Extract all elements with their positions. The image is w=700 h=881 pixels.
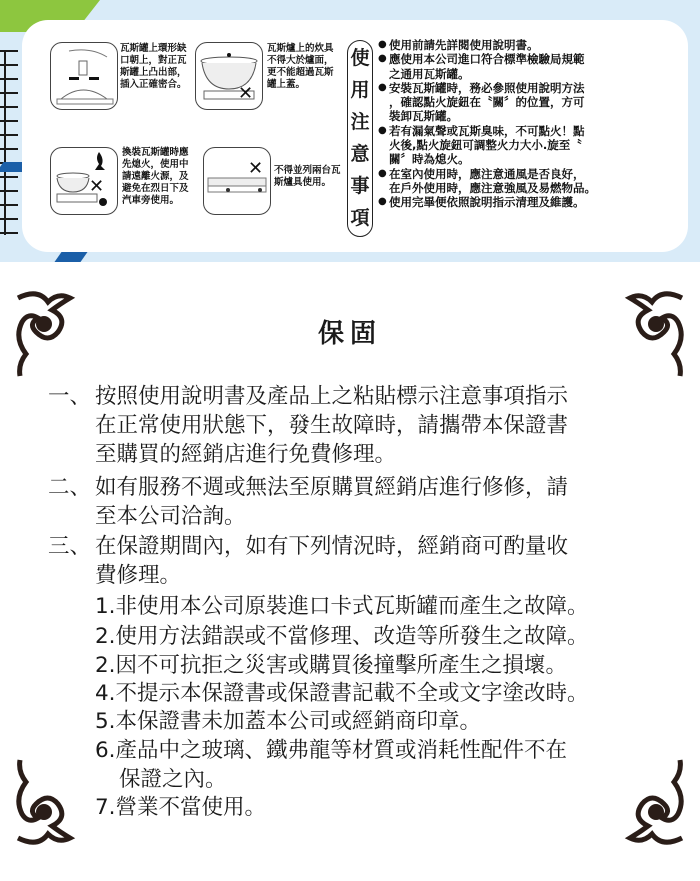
illustration-no-side-by-side: ✕ xyxy=(203,147,271,215)
ornament-corner-bottom-left-icon xyxy=(8,758,98,848)
caption-line: 罐上蓋。 xyxy=(267,79,334,91)
warranty-clause: 一、按照使用說明書及產品上之粘貼標示注意事項指示 在正常使用狀態下，發生故障時，… xyxy=(48,382,568,469)
warranty-clause: 三、在保證期間內，如有下列情況時，經銷商可酌量收 費修理。 xyxy=(48,532,568,590)
notice-item: 使用完畢便依照說明指示清理及維護。 xyxy=(378,195,678,209)
caption-line: 瓦斯爐上的炊具 xyxy=(267,43,334,55)
exclusion-item: 4.不提示本保證書或保證書記載不全或文字塗改時。 xyxy=(95,679,589,708)
notice-line: 安裝瓦斯罐時，務必參照使用說明方法 xyxy=(389,81,678,95)
caption-line: 更不能超過瓦斯 xyxy=(267,67,334,79)
clause-line: 至本公司洽詢。 xyxy=(48,502,568,531)
exclusion-item: 1.非使用本公司原裝進口卡式瓦斯罐而產生之故障。 xyxy=(95,592,589,621)
heading-char: 事 xyxy=(350,177,369,196)
x-mark-icon: ✕ xyxy=(248,160,263,178)
notice-line: 應使用本公司進口符合標準檢驗局規範 xyxy=(389,52,678,66)
exclusion-number: 2. xyxy=(95,624,116,649)
notice-line: 若有漏氣聲或瓦斯臭味，不可點火！點 xyxy=(389,124,678,138)
notice-line: 裝卸瓦斯罐。 xyxy=(389,109,678,123)
exclusion-number: 5. xyxy=(95,709,116,734)
notice-line: 在戶外使用時，應注意強風及易燃物品。 xyxy=(389,181,678,195)
heading-char: 項 xyxy=(350,209,369,228)
x-mark-icon: ✕ xyxy=(238,85,253,103)
notice-item: 在室內使用時，應注意通風是否良好， 在戶外使用時，應注意強風及易燃物品。 xyxy=(378,167,678,196)
exclusion-number: 1. xyxy=(95,594,116,619)
clause-line: 如有服務不週或無法至原購買經銷店進行修修，請 xyxy=(95,475,568,500)
clause-number: 三、 xyxy=(48,532,95,561)
notice-line: 在室內使用時，應注意通風是否良好， xyxy=(389,167,678,181)
clause-line: 在保證期間內，如有下列情況時，經銷商可酌量收 xyxy=(95,534,568,559)
caption-line: 不得並列兩台瓦 xyxy=(274,165,341,177)
illustration-caption: 不得並列兩台瓦 斯爐具使用。 xyxy=(274,165,341,189)
exclusion-number: 2. xyxy=(95,653,116,678)
usage-notice-heading: 使 用 注 意 事 項 xyxy=(347,40,373,237)
caption-line: 斯罐上凸出部， xyxy=(120,67,187,79)
caption-line: 瓦斯罐上環形缺 xyxy=(120,43,187,55)
grid-decoration xyxy=(0,50,18,235)
exclusion-text: 使用方法錯誤或不當修理、改造等所發生之故障。 xyxy=(116,624,589,649)
exclusion-text: 因不可抗拒之災害或購買後撞擊所產生之損壞。 xyxy=(116,653,568,678)
exclusion-item: 7.營業不當使用。 xyxy=(95,793,266,822)
caption-line: 插入正確密合。 xyxy=(120,79,187,91)
instruction-band: 瓦斯罐上環形缺 口朝上，對正瓦 斯罐上凸出部， 插入正確密合。 ✕ 瓦斯爐上的炊… xyxy=(0,0,700,262)
exclusion-item: 2.使用方法錯誤或不當修理、改造等所發生之故障。 xyxy=(95,622,589,651)
exclusion-item: 5.本保證書未加蓋本公司或經銷商印章。 xyxy=(95,707,481,736)
notice-item: 安裝瓦斯罐時，務必參照使用說明方法 ，確認點火旋鈕在〝關〞的位置，方可 裝卸瓦斯… xyxy=(378,81,678,124)
x-mark-icon: ✕ xyxy=(89,178,104,196)
caption-line: 口朝上，對正瓦 xyxy=(120,55,187,67)
notice-item: 使用前請先詳閱使用說明書。 xyxy=(378,38,678,52)
ornament-corner-bottom-right-icon xyxy=(602,758,692,848)
clause-line: 按照使用說明書及產品上之粘貼標示注意事項指示 xyxy=(95,384,568,409)
clause-number: 一、 xyxy=(48,382,95,411)
warranty-title: 保固 xyxy=(0,313,700,350)
clause-number: 二、 xyxy=(48,473,95,502)
exclusion-text: 產品中之玻璃、鐵弗龍等材質或消耗性配件不在 xyxy=(116,738,568,763)
notice-line: 使用完畢便依照說明指示清理及維護。 xyxy=(389,195,678,209)
heading-char: 意 xyxy=(350,145,369,164)
exclusion-text: 不提示本保證書或保證書記載不全或文字塗改時。 xyxy=(116,681,589,706)
notice-line: 關〞時為熄火。 xyxy=(389,152,678,166)
illustration-canister-insert xyxy=(50,42,118,110)
caption-line: 換裝瓦斯罐時應 xyxy=(122,147,189,159)
exclusion-text: 非使用本公司原裝進口卡式瓦斯罐而產生之故障。 xyxy=(116,594,589,619)
heading-char: 用 xyxy=(350,81,369,100)
exclusion-text: 本保證書未加蓋本公司或經銷商印章。 xyxy=(116,709,482,734)
clause-line: 費修理。 xyxy=(48,561,568,590)
exclusion-number: 7. xyxy=(95,795,116,820)
exclusion-number: 6. xyxy=(95,738,116,763)
caption-line: 汽車旁使用。 xyxy=(122,195,189,207)
caption-line: 避免在烈日下及 xyxy=(122,183,189,195)
heading-char: 使 xyxy=(350,49,369,68)
caption-line: 斯爐具使用。 xyxy=(274,177,341,189)
notice-line: 之通用瓦斯罐。 xyxy=(389,67,678,81)
exclusion-text: 保證之內。 xyxy=(95,765,567,794)
exclusion-number: 4. xyxy=(95,681,116,706)
clause-line: 至購買的經銷店進行免費修理。 xyxy=(48,440,568,469)
usage-notice-list: 使用前請先詳閱使用說明書。 應使用本公司進口符合標準檢驗局規範 之通用瓦斯罐。 … xyxy=(378,38,678,210)
illustration-fire-safety: ✕ xyxy=(50,147,118,215)
blue-stroke-accent xyxy=(54,252,87,262)
caption-line: 先熄火，使用中 xyxy=(122,159,189,171)
exclusion-item: 2.因不可抗拒之災害或購買後撞擊所產生之損壞。 xyxy=(95,651,567,680)
illustration-caption: 換裝瓦斯罐時應 先熄火，使用中 請遠離火源，及 避免在烈日下及 汽車旁使用。 xyxy=(122,147,189,207)
notice-line: ，確認點火旋鈕在〝關〞的位置，方可 xyxy=(389,95,678,109)
illustration-caption: 瓦斯罐上環形缺 口朝上，對正瓦 斯罐上凸出部， 插入正確密合。 xyxy=(120,43,187,91)
clause-line: 在正常使用狀態下，發生故障時，請攜帶本保證書 xyxy=(48,411,568,440)
notice-line: 火後,點火旋鈕可調整火力大小.旋至〝 xyxy=(389,138,678,152)
illustration-caption: 瓦斯爐上的炊具 不得大於爐面， 更不能超過瓦斯 罐上蓋。 xyxy=(267,43,334,91)
notice-line: 使用前請先詳閱使用說明書。 xyxy=(389,38,678,52)
caption-line: 請遠離火源，及 xyxy=(122,171,189,183)
caption-line: 不得大於爐面， xyxy=(267,55,334,67)
notice-item: 應使用本公司進口符合標準檢驗局規範 之通用瓦斯罐。 xyxy=(378,52,678,81)
exclusion-item: 6.產品中之玻璃、鐵弗龍等材質或消耗性配件不在 保證之內。 xyxy=(95,736,567,794)
notice-item: 若有漏氣聲或瓦斯臭味，不可點火！點 火後,點火旋鈕可調整火力大小.旋至〝 關〞時… xyxy=(378,124,678,167)
heading-char: 注 xyxy=(350,113,369,132)
canister-insert-icon xyxy=(51,43,117,109)
exclusion-text: 營業不當使用。 xyxy=(116,795,267,820)
flame-and-pot-icon xyxy=(51,148,117,214)
warranty-clause: 二、如有服務不週或無法至原購買經銷店進行修修，請 至本公司洽詢。 xyxy=(48,473,568,531)
illustration-cookware-size: ✕ xyxy=(195,42,263,110)
